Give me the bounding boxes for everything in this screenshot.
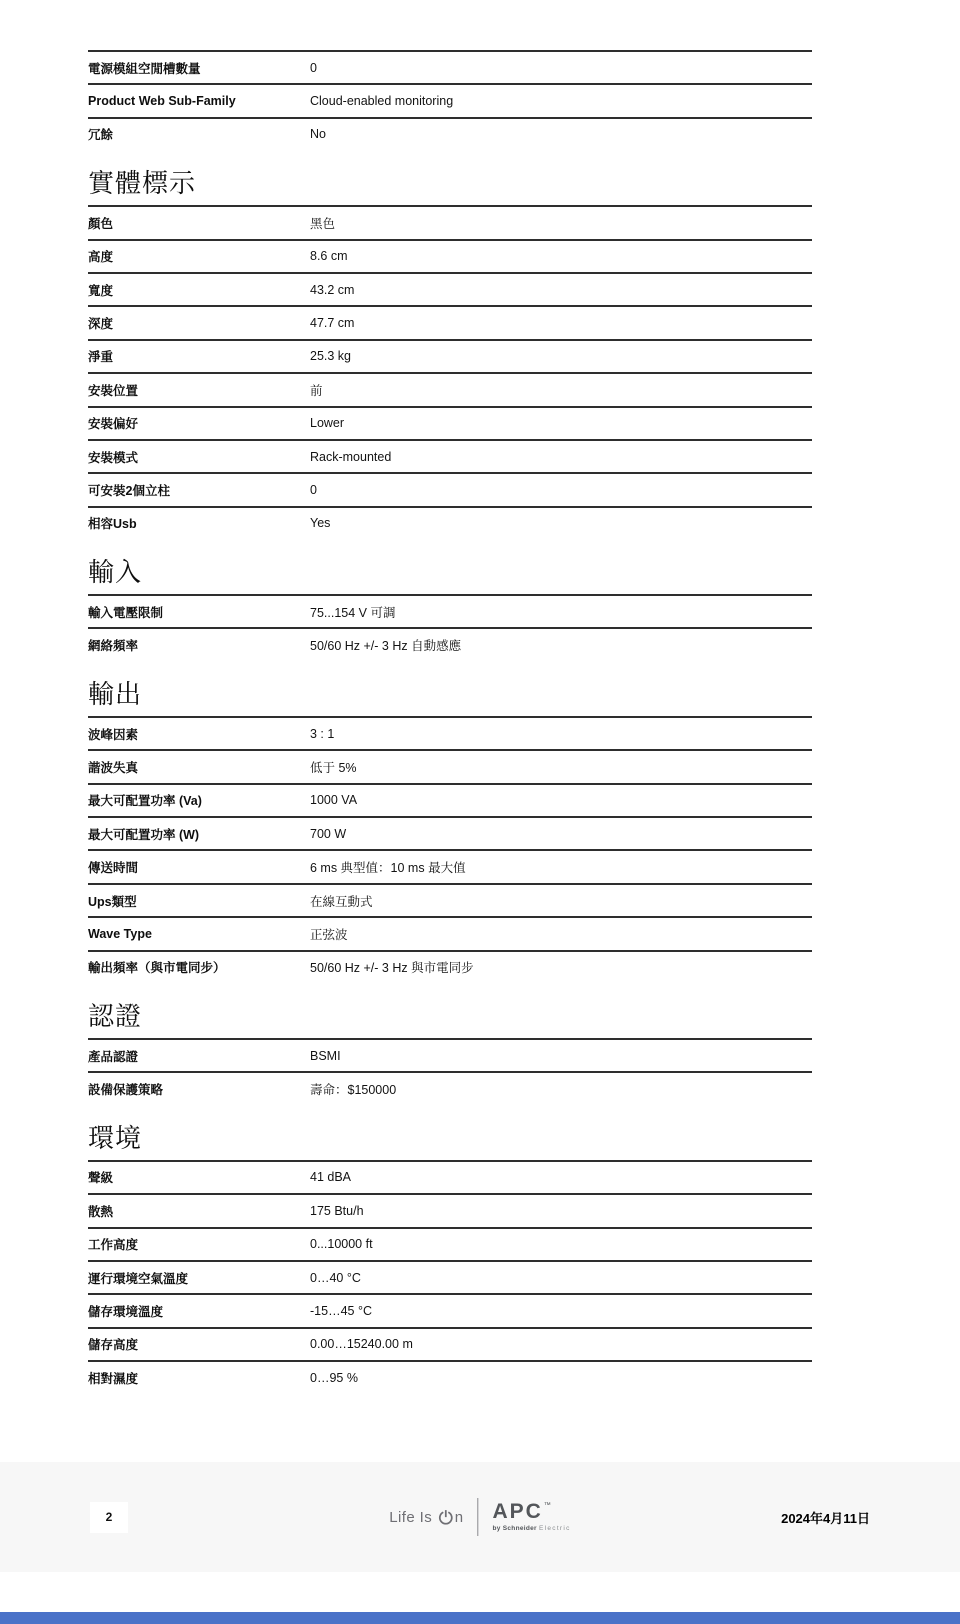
spec-row: 輸出頻率（與市電同步） 50/60 Hz +/- 3 Hz 與市電同步 bbox=[88, 950, 812, 983]
spec-value: 50/60 Hz +/- 3 Hz 與市電同步 bbox=[310, 958, 474, 976]
spec-value: 3 : 1 bbox=[310, 727, 334, 741]
spec-value: 47.7 cm bbox=[310, 316, 354, 330]
spec-row: 電源模組空閒槽數量 0 bbox=[88, 50, 812, 83]
spec-rows: 輸入電壓限制 75...154 V 可調 網絡頻率 50/60 Hz +/- 3… bbox=[88, 594, 812, 661]
spec-label: 輸入電壓限制 bbox=[88, 603, 310, 621]
spec-label: 設備保護策略 bbox=[88, 1080, 310, 1098]
spec-section: 認證 產品認證 BSMI 設備保護策略 壽命：$150000 bbox=[88, 1000, 812, 1105]
spec-value: Yes bbox=[310, 516, 330, 530]
spec-row: 安裝偏好 Lower bbox=[88, 406, 812, 439]
spec-label: 顏色 bbox=[88, 214, 310, 232]
spec-label: Product Web Sub-Family bbox=[88, 94, 310, 108]
spec-value: BSMI bbox=[310, 1049, 341, 1063]
spec-value: 175 Btu/h bbox=[310, 1204, 364, 1218]
spec-value: No bbox=[310, 127, 326, 141]
spec-label: 可安裝2個立柱 bbox=[88, 481, 310, 499]
section-title: 認證 bbox=[88, 1000, 812, 1038]
spec-value: 8.6 cm bbox=[310, 249, 348, 263]
spec-rows: 電源模組空閒槽數量 0 Product Web Sub-Family Cloud… bbox=[88, 50, 812, 150]
spec-label: 儲存環境溫度 bbox=[88, 1302, 310, 1320]
datasheet-page: 電源模組空閒槽數量 0 Product Web Sub-Family Cloud… bbox=[0, 0, 960, 1624]
spec-label: 相容Usb bbox=[88, 514, 310, 532]
spec-row: Ups類型 在線互動式 bbox=[88, 883, 812, 916]
apc-wordmark: APC bbox=[492, 1502, 542, 1522]
power-icon bbox=[439, 1509, 454, 1526]
spec-value: Lower bbox=[310, 416, 344, 430]
life-is-on-logo: Life Is n bbox=[389, 1509, 463, 1526]
spec-label: 最大可配置功率 (Va) bbox=[88, 791, 310, 809]
spec-row: 淨重 25.3 kg bbox=[88, 339, 812, 372]
schneider-byline: by Schneider Electric bbox=[492, 1525, 570, 1532]
tagline-text: Life Is bbox=[389, 1509, 432, 1526]
spec-row: 深度 47.7 cm bbox=[88, 305, 812, 338]
spec-row: 相對濕度 0…95 % bbox=[88, 1360, 812, 1393]
spec-row: 諧波失真 低于 5% bbox=[88, 749, 812, 782]
spec-label: 冗餘 bbox=[88, 125, 310, 143]
spec-value: 低于 5% bbox=[310, 758, 357, 776]
spec-label: 諧波失真 bbox=[88, 758, 310, 776]
spec-label: 高度 bbox=[88, 247, 310, 265]
spec-row: 波峰因素 3 : 1 bbox=[88, 716, 812, 749]
spec-row: 輸入電壓限制 75...154 V 可調 bbox=[88, 594, 812, 627]
spec-row: 相容Usb Yes bbox=[88, 506, 812, 539]
spec-value: 1000 VA bbox=[310, 793, 357, 807]
spec-row: 顏色 黑色 bbox=[88, 205, 812, 238]
spec-label: 電源模組空閒槽數量 bbox=[88, 59, 310, 77]
spec-value: 正弦波 bbox=[310, 925, 348, 943]
spec-row: 儲存高度 0.00…15240.00 m bbox=[88, 1327, 812, 1360]
spec-row: Wave Type 正弦波 bbox=[88, 916, 812, 949]
spec-row: 高度 8.6 cm bbox=[88, 239, 812, 272]
spec-label: 運行環境空氣溫度 bbox=[88, 1269, 310, 1287]
spec-row: 安裝模式 Rack-mounted bbox=[88, 439, 812, 472]
spec-value: 43.2 cm bbox=[310, 283, 354, 297]
spec-row: 網絡頻率 50/60 Hz +/- 3 Hz 自動感應 bbox=[88, 627, 812, 660]
spec-value: 0.00…15240.00 m bbox=[310, 1337, 413, 1351]
spec-label: 最大可配置功率 (W) bbox=[88, 825, 310, 843]
tagline-text-suffix: n bbox=[455, 1509, 464, 1526]
spec-value: 壽命：$150000 bbox=[310, 1080, 396, 1098]
brand-divider bbox=[477, 1498, 478, 1536]
section-title: 輸入 bbox=[88, 556, 812, 594]
spec-row: 冗餘 No bbox=[88, 117, 812, 150]
page-footer: 2 Life Is n APC ™ by Schneider Electric … bbox=[0, 1462, 960, 1572]
spec-label: 深度 bbox=[88, 314, 310, 332]
spec-row: 最大可配置功率 (W) 700 W bbox=[88, 816, 812, 849]
spec-label: 淨重 bbox=[88, 347, 310, 365]
spec-label: 聲級 bbox=[88, 1168, 310, 1186]
spec-rows: 波峰因素 3 : 1 諧波失真 低于 5% 最大可配置功率 (Va) 1000 … bbox=[88, 716, 812, 983]
spec-row: 傳送時間 6 ms 典型值：10 ms 最大值 bbox=[88, 849, 812, 882]
spec-label: 安裝位置 bbox=[88, 381, 310, 399]
spec-label: Ups類型 bbox=[88, 892, 310, 910]
spec-value: 0…40 °C bbox=[310, 1271, 361, 1285]
spec-label: 安裝偏好 bbox=[88, 414, 310, 432]
spec-value: 黑色 bbox=[310, 214, 335, 232]
section-title: 輸出 bbox=[88, 678, 812, 716]
spec-value: 50/60 Hz +/- 3 Hz 自動感應 bbox=[310, 636, 461, 654]
footer-date: 2024年4月11日 bbox=[781, 1508, 870, 1527]
spec-row: 運行環境空氣溫度 0…40 °C bbox=[88, 1260, 812, 1293]
spec-label: 傳送時間 bbox=[88, 858, 310, 876]
section-title: 環境 bbox=[88, 1122, 812, 1160]
spec-tables: 電源模組空閒槽數量 0 Product Web Sub-Family Cloud… bbox=[0, 0, 960, 1394]
trademark-symbol: ™ bbox=[544, 1502, 551, 1510]
spec-value: 75...154 V 可調 bbox=[310, 603, 395, 621]
spec-section: 實體標示 顏色 黑色 高度 8.6 cm 寬度 43.2 cm 深度 47.7 … bbox=[88, 167, 812, 539]
spec-section: 輸出 波峰因素 3 : 1 諧波失真 低于 5% 最大可配置功率 (Va) 10… bbox=[88, 678, 812, 983]
spec-label: 寬度 bbox=[88, 281, 310, 299]
spec-row: 聲級 41 dBA bbox=[88, 1160, 812, 1193]
spec-value: 6 ms 典型值：10 ms 最大值 bbox=[310, 858, 466, 876]
spec-label: 網絡頻率 bbox=[88, 636, 310, 654]
spec-label: 儲存高度 bbox=[88, 1335, 310, 1353]
spec-value: 0...10000 ft bbox=[310, 1237, 373, 1251]
spec-rows: 顏色 黑色 高度 8.6 cm 寬度 43.2 cm 深度 47.7 cm 淨重… bbox=[88, 205, 812, 539]
brand-lockup: Life Is n APC ™ by Schneider Electric bbox=[389, 1498, 570, 1536]
section-title: 實體標示 bbox=[88, 167, 812, 205]
spec-section: 輸入 輸入電壓限制 75...154 V 可調 網絡頻率 50/60 Hz +/… bbox=[88, 556, 812, 661]
spec-rows: 產品認證 BSMI 設備保護策略 壽命：$150000 bbox=[88, 1038, 812, 1105]
spec-value: 25.3 kg bbox=[310, 349, 351, 363]
spec-label: 輸出頻率（與市電同步） bbox=[88, 958, 310, 976]
spec-label: Wave Type bbox=[88, 927, 310, 941]
spec-row: 產品認證 BSMI bbox=[88, 1038, 812, 1071]
spec-value: -15…45 °C bbox=[310, 1304, 372, 1318]
spec-value: 0 bbox=[310, 483, 317, 497]
spec-row: 儲存環境溫度 -15…45 °C bbox=[88, 1293, 812, 1326]
spec-value: 在線互動式 bbox=[310, 892, 373, 910]
spec-label: 波峰因素 bbox=[88, 725, 310, 743]
spec-value: 0…95 % bbox=[310, 1371, 358, 1385]
page-number-box: 2 bbox=[90, 1502, 128, 1533]
bottom-accent-bar bbox=[0, 1612, 960, 1624]
spec-row: Product Web Sub-Family Cloud-enabled mon… bbox=[88, 83, 812, 116]
spec-value: 700 W bbox=[310, 827, 346, 841]
spec-value: Cloud-enabled monitoring bbox=[310, 94, 453, 108]
apc-logo: APC ™ by Schneider Electric bbox=[492, 1502, 570, 1532]
spec-value: 0 bbox=[310, 61, 317, 75]
page-number: 2 bbox=[106, 1510, 113, 1524]
spec-rows: 聲級 41 dBA 散熱 175 Btu/h 工作高度 0...10000 ft… bbox=[88, 1160, 812, 1394]
spec-row: 散熱 175 Btu/h bbox=[88, 1193, 812, 1226]
spec-row: 工作高度 0...10000 ft bbox=[88, 1227, 812, 1260]
spec-label: 散熱 bbox=[88, 1202, 310, 1220]
spec-value: 41 dBA bbox=[310, 1170, 351, 1184]
spec-label: 工作高度 bbox=[88, 1235, 310, 1253]
spec-section: 環境 聲級 41 dBA 散熱 175 Btu/h 工作高度 0...10000… bbox=[88, 1122, 812, 1394]
spec-label: 產品認證 bbox=[88, 1047, 310, 1065]
spec-row: 設備保護策略 壽命：$150000 bbox=[88, 1071, 812, 1104]
spec-row: 可安裝2個立柱 0 bbox=[88, 472, 812, 505]
spec-row: 安裝位置 前 bbox=[88, 372, 812, 405]
spec-row: 最大可配置功率 (Va) 1000 VA bbox=[88, 783, 812, 816]
spec-value: Rack-mounted bbox=[310, 450, 391, 464]
spec-section: 電源模組空閒槽數量 0 Product Web Sub-Family Cloud… bbox=[88, 50, 812, 150]
spec-label: 相對濕度 bbox=[88, 1369, 310, 1387]
spec-row: 寬度 43.2 cm bbox=[88, 272, 812, 305]
spec-value: 前 bbox=[310, 381, 323, 399]
spec-label: 安裝模式 bbox=[88, 448, 310, 466]
